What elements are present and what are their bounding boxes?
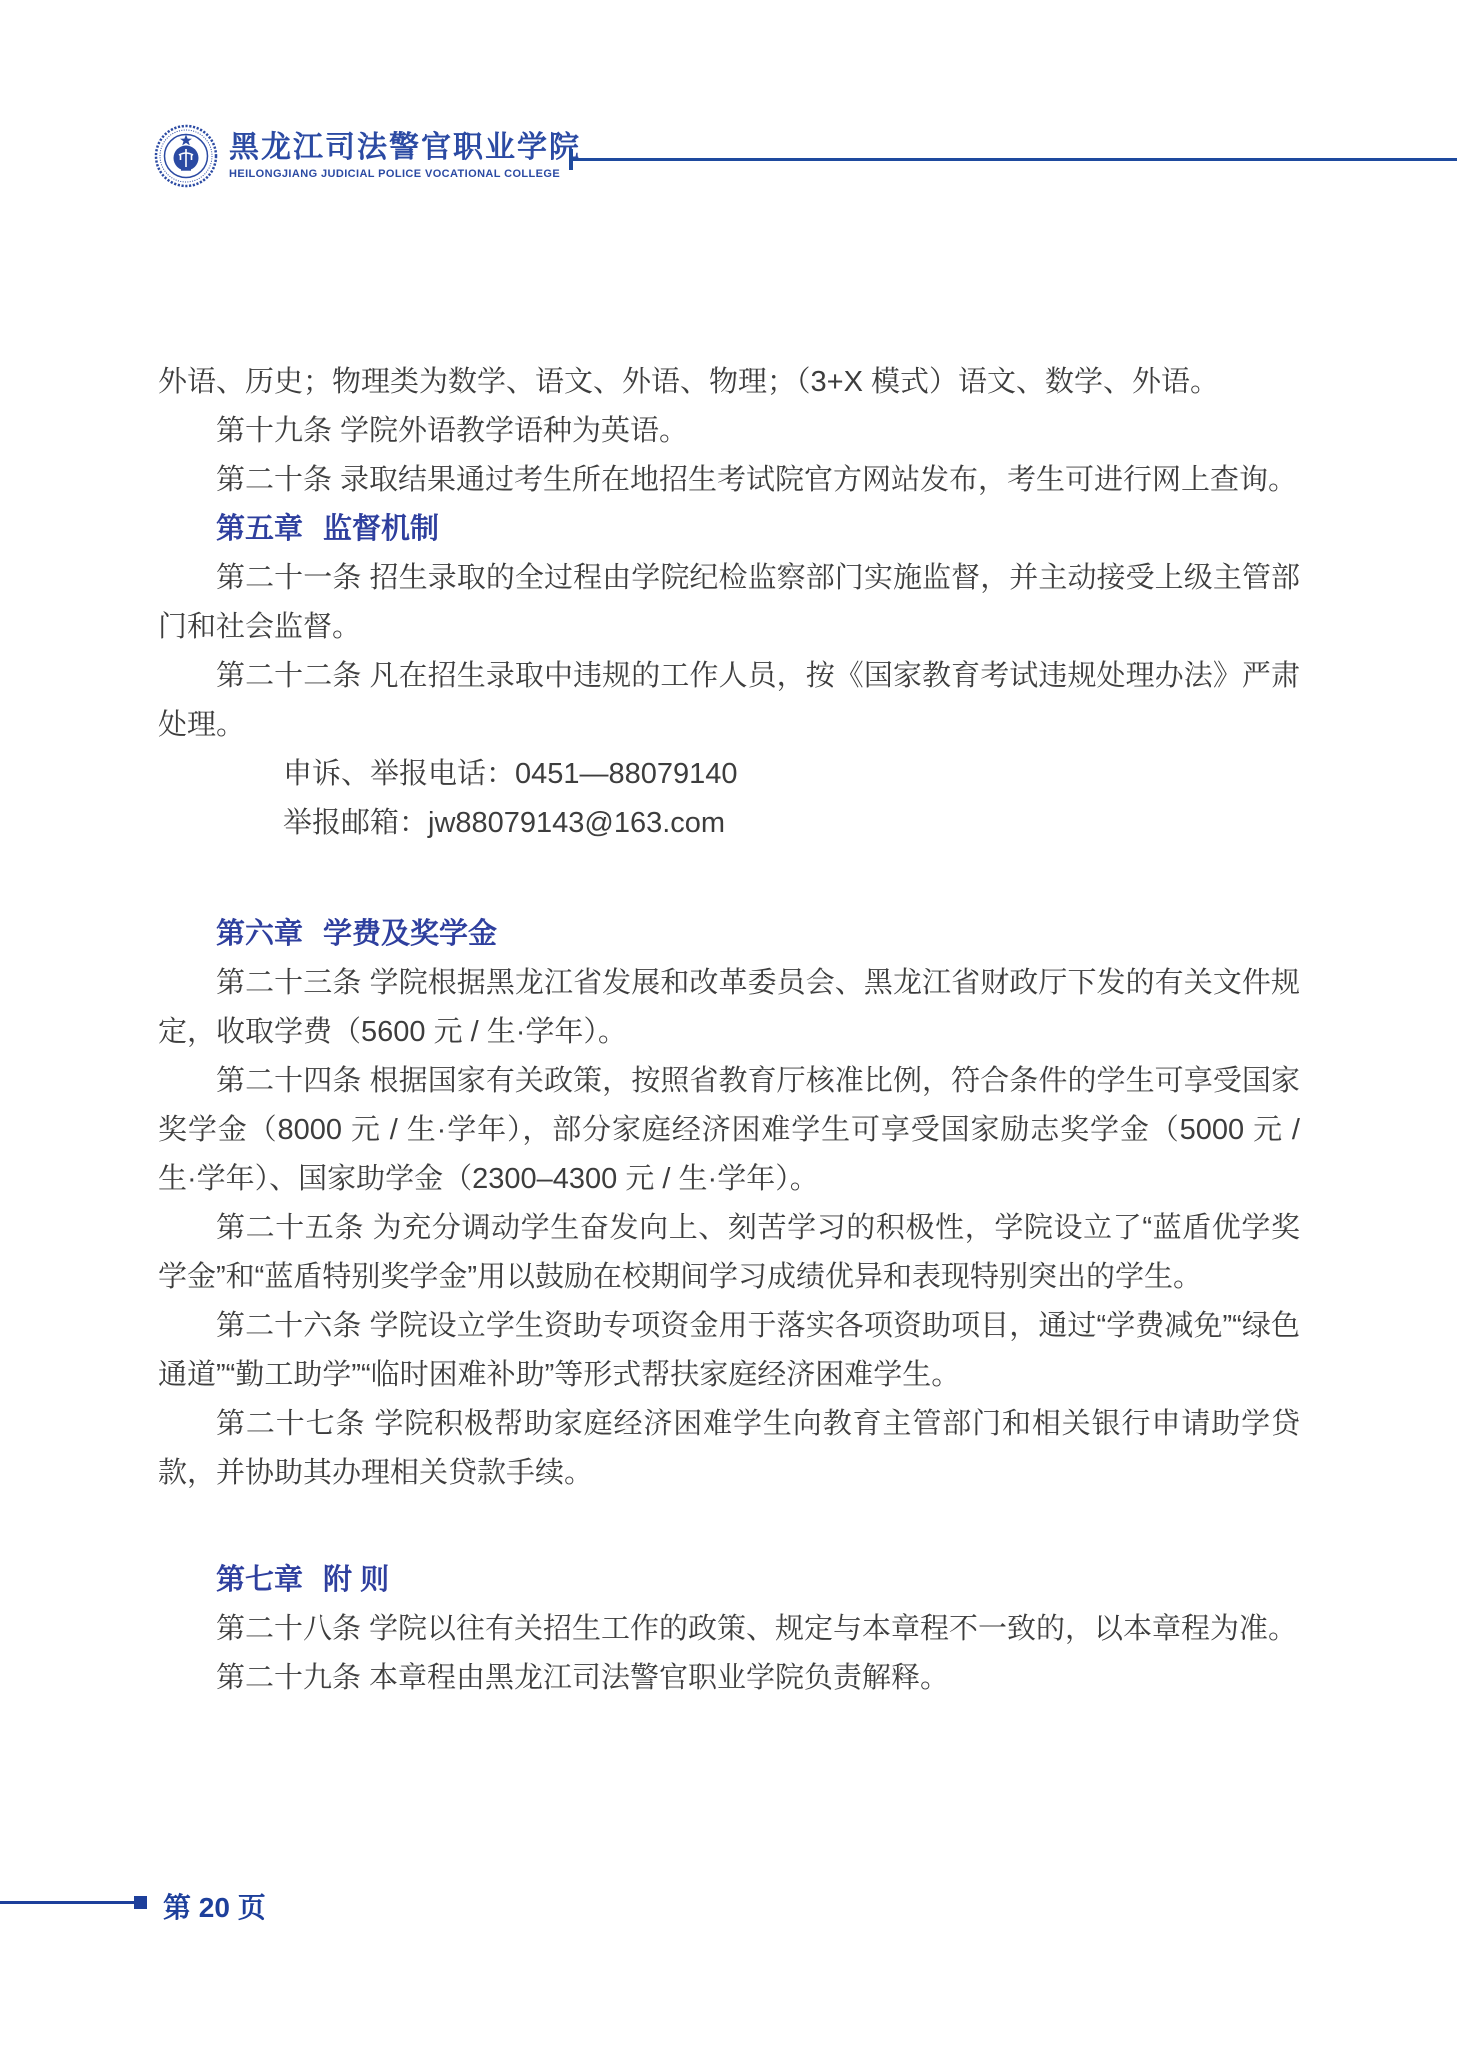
article-27: 第二十七条 学院积极帮助家庭经济困难学生向教育主管部门和相关银行申请助学贷款，并… xyxy=(158,1400,1300,1498)
footer-rule xyxy=(0,1901,136,1904)
college-name-en: HEILONGJIANG JUDICIAL POLICE VOCATIONAL … xyxy=(229,168,581,180)
document-body: 外语、历史；物理类为数学、语文、外语、物理；（3+X 模式）语文、数学、外语。 … xyxy=(158,358,1300,1703)
college-seal-icon xyxy=(154,124,218,188)
footer-square-marker xyxy=(134,1896,147,1909)
article-20: 第二十条 录取结果通过考生所在地招生考试院官方网站发布，考生可进行网上查询。 xyxy=(158,456,1300,505)
college-title-block: 黑龙江司法警官职业学院 HEILONGJIANG JUDICIAL POLICE… xyxy=(229,132,581,180)
chapter-6-heading: 第六章学费及奖学金 xyxy=(158,910,1300,959)
header-rule-tick xyxy=(569,149,573,170)
report-email-line: 举报邮箱：jw88079143@163.com xyxy=(158,799,1300,848)
article-28: 第二十八条 学院以往有关招生工作的政策、规定与本章程不一致的，以本章程为准。 xyxy=(158,1605,1300,1654)
chapter-7-heading: 第七章附 则 xyxy=(158,1556,1300,1605)
page-header: 黑龙江司法警官职业学院 HEILONGJIANG JUDICIAL POLICE… xyxy=(0,0,1457,220)
chapter-5-number: 第五章 xyxy=(216,513,303,545)
article-26: 第二十六条 学院设立学生资助专项资金用于落实各项资助项目，通过“学费减免”“绿色… xyxy=(158,1302,1300,1400)
chapter-6-title: 学费及奖学金 xyxy=(323,918,497,950)
article-19: 第十九条 学院外语教学语种为英语。 xyxy=(158,407,1300,456)
page-number: 第 20 页 xyxy=(163,1886,266,1926)
article-22: 第二十二条 凡在招生录取中违规的工作人员，按《国家教育考试违规处理办法》严肃处理… xyxy=(158,652,1300,750)
college-name-zh: 黑龙江司法警官职业学院 xyxy=(229,132,581,164)
article-24: 第二十四条 根据国家有关政策，按照省教育厅核准比例，符合条件的学生可享受国家奖学… xyxy=(158,1057,1300,1204)
article-25: 第二十五条 为充分调动学生奋发向上、刻苦学习的积极性，学院设立了“蓝盾优学奖学金… xyxy=(158,1204,1300,1302)
document-page: 黑龙江司法警官职业学院 HEILONGJIANG JUDICIAL POLICE… xyxy=(0,0,1457,2048)
header-rule xyxy=(569,158,1457,161)
article-29: 第二十九条 本章程由黑龙江司法警官职业学院负责解释。 xyxy=(158,1654,1300,1703)
chapter-7-title: 附 则 xyxy=(323,1564,389,1596)
chapter-7-number: 第七章 xyxy=(216,1564,303,1596)
paragraph-continuation: 外语、历史；物理类为数学、语文、外语、物理；（3+X 模式）语文、数学、外语。 xyxy=(158,358,1300,407)
chapter-5-title: 监督机制 xyxy=(323,513,439,545)
article-23: 第二十三条 学院根据黑龙江省发展和改革委员会、黑龙江省财政厅下发的有关文件规定，… xyxy=(158,959,1300,1057)
appeal-phone-line: 申诉、举报电话：0451—88079140 xyxy=(158,750,1300,799)
chapter-5-heading: 第五章监督机制 xyxy=(158,505,1300,554)
article-21: 第二十一条 招生录取的全过程由学院纪检监察部门实施监督，并主动接受上级主管部门和… xyxy=(158,554,1300,652)
chapter-6-number: 第六章 xyxy=(216,918,303,950)
